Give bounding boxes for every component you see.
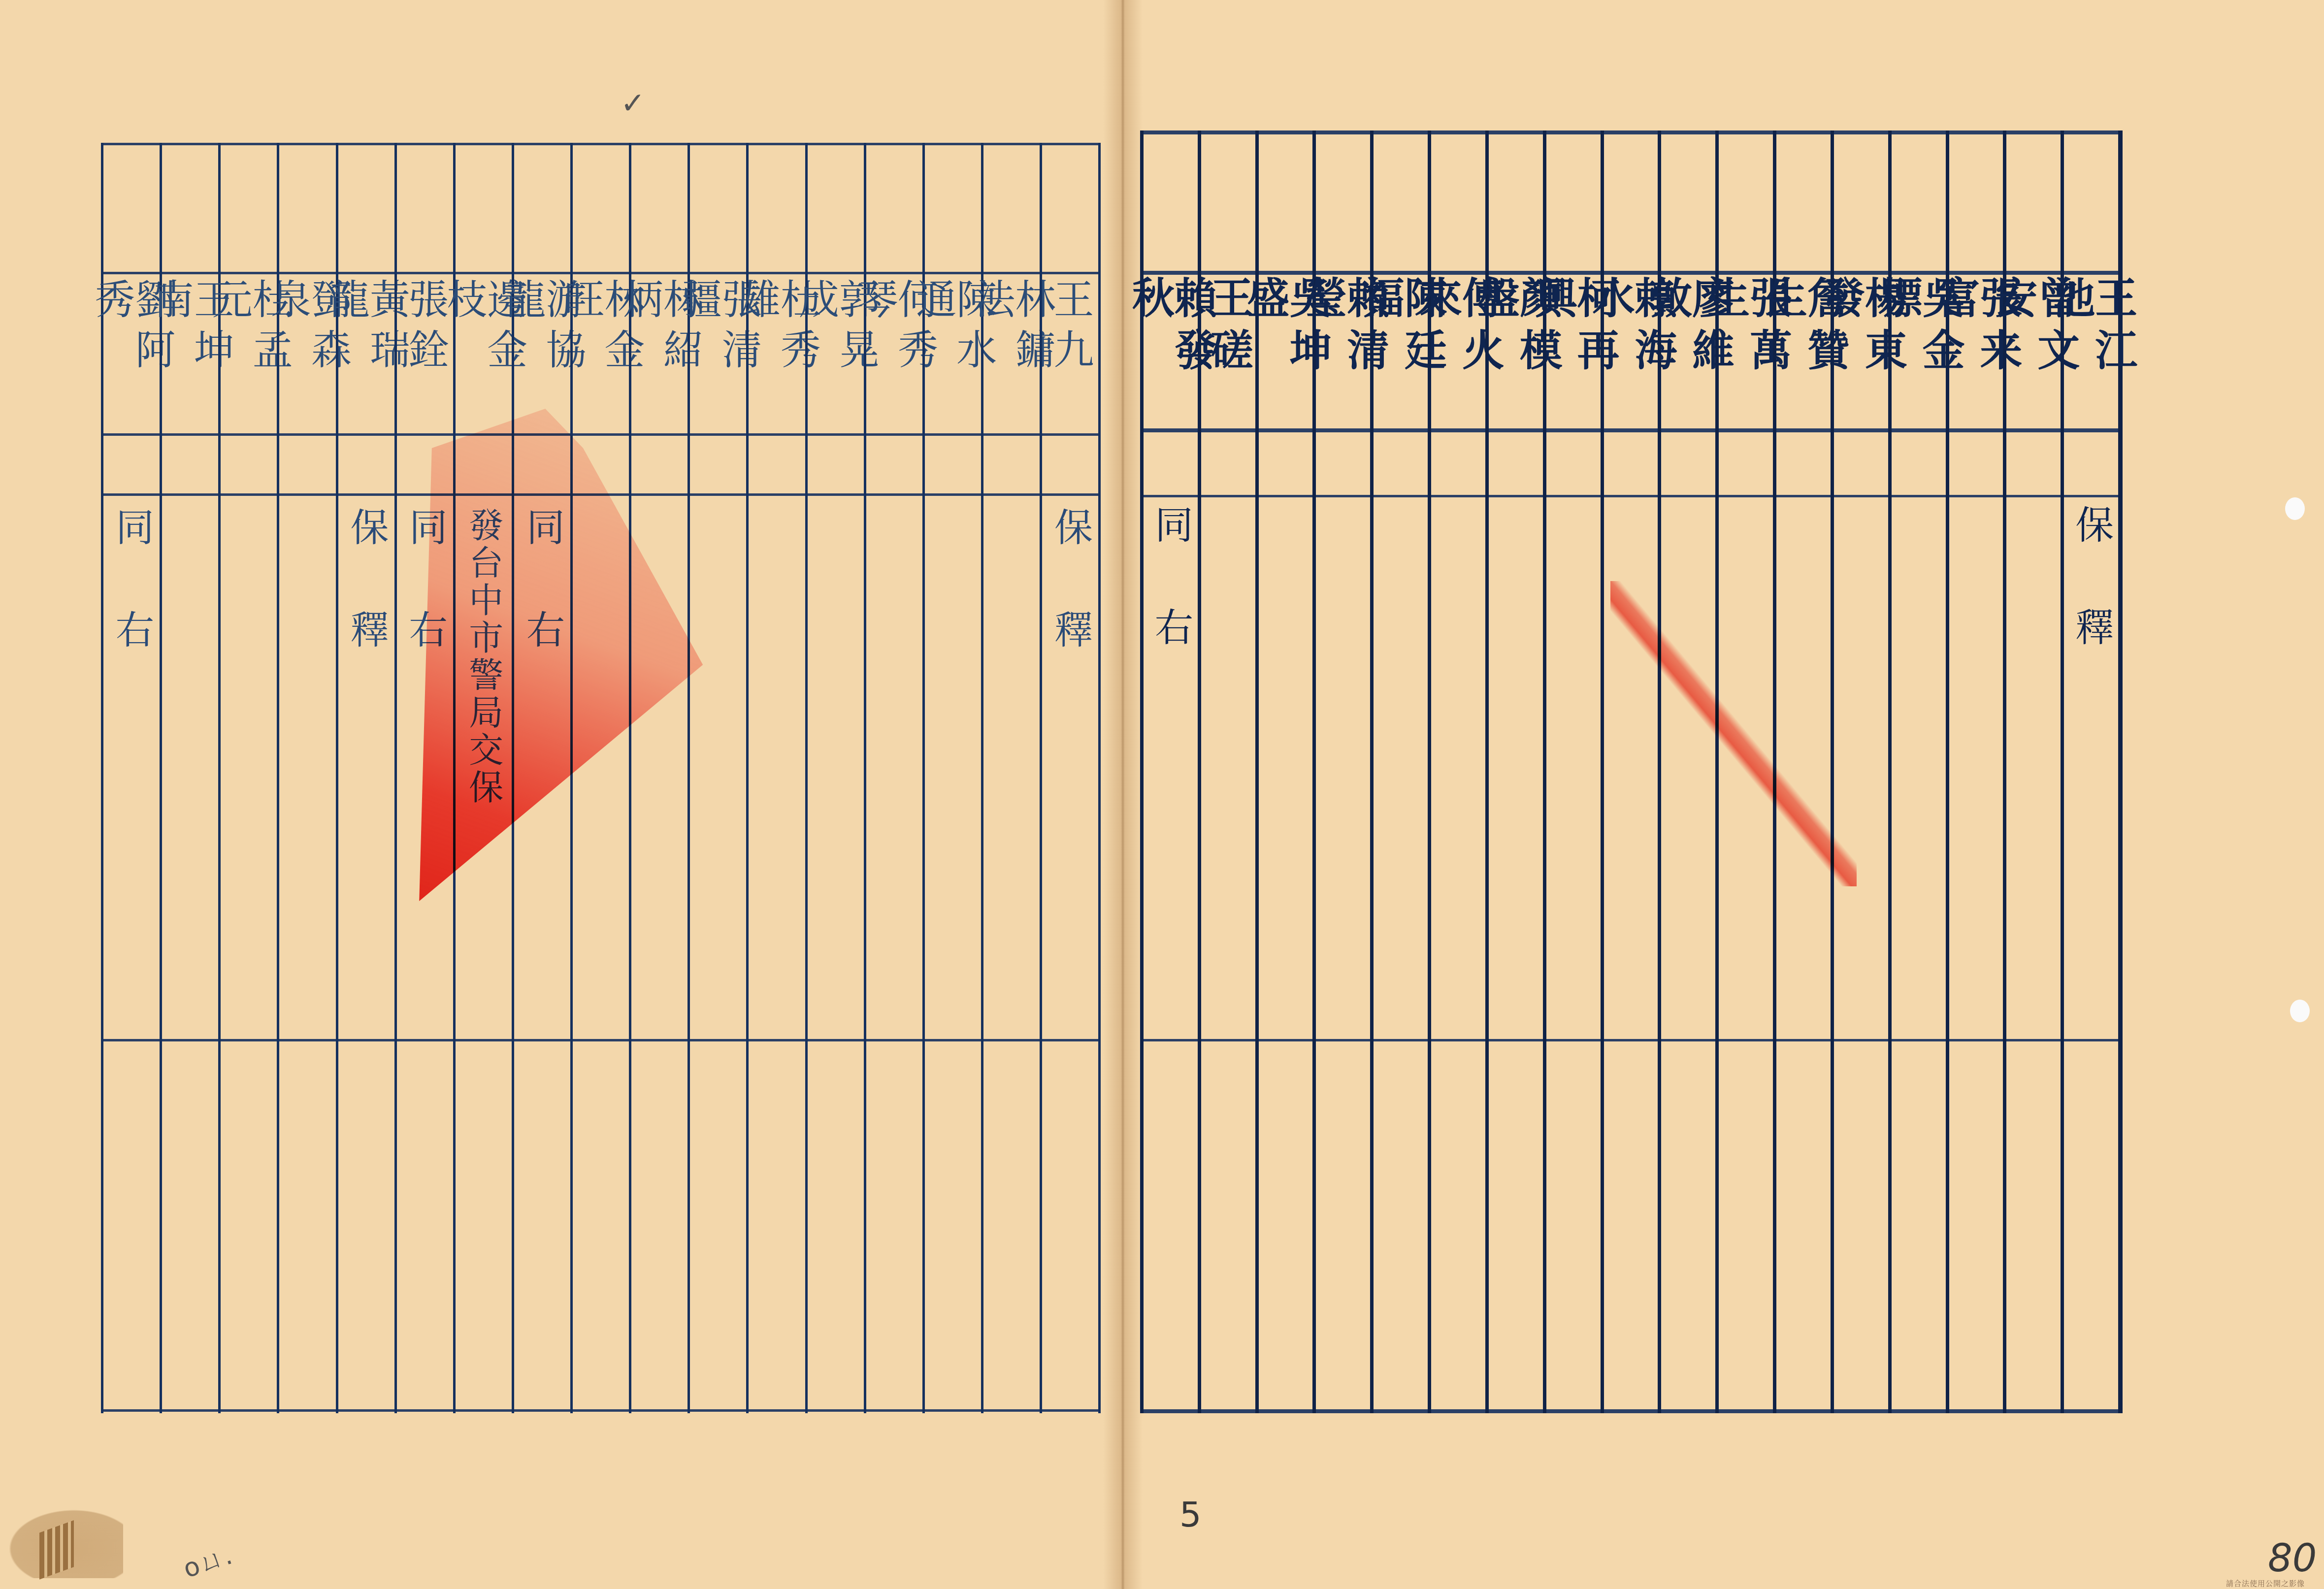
register-column: 黃瑞龍保釋 — [336, 143, 394, 1413]
left-register-table: 劉阿秀同右王坤南杜孟元鄧森泉黃瑞龍保釋張銓同右邊金枝發台中市警局交保游協龍同右林… — [101, 143, 1101, 1413]
remark-text: 保釋 — [2064, 505, 2118, 751]
remark-text — [1316, 505, 1370, 751]
red-seal-stamp-right — [1610, 581, 1857, 886]
remark-text — [1892, 505, 1946, 751]
remark-text — [221, 507, 277, 950]
pencil-checkmark: ✓ — [621, 86, 645, 121]
person-name: 林鏞法 — [983, 278, 1040, 426]
remark-text — [1201, 505, 1255, 751]
person-name: 王江池 — [2064, 276, 2118, 423]
remark-text — [1546, 505, 1601, 751]
remark-text: 同右 — [1144, 505, 1198, 751]
remark-text — [808, 507, 864, 950]
register-column: 林鏞法 — [981, 143, 1040, 1413]
remark-text — [1259, 505, 1313, 751]
remark-text — [690, 507, 746, 950]
left-columns: 劉阿秀同右王坤南杜孟元鄧森泉黃瑞龍保釋張銓同右邊金枝發台中市警局交保游協龍同右林… — [101, 143, 1101, 1413]
page-number: 5 — [1179, 1494, 1202, 1535]
remark-text — [279, 507, 335, 950]
paper-hole — [2290, 1000, 2310, 1022]
remark-text — [1949, 505, 2003, 751]
paper-hole — [2285, 497, 2305, 520]
usage-notice: 請合法使用公開之影像 — [2226, 1578, 2305, 1589]
person-name: 黃瑞龍 — [338, 278, 394, 426]
remark-text — [162, 507, 218, 950]
remark-text — [1489, 505, 1543, 751]
remark-text — [925, 507, 981, 950]
remark-text — [1431, 505, 1485, 751]
remark-text: 保釋 — [1042, 507, 1098, 950]
register-column: 王江池保釋 — [2061, 130, 2123, 1413]
remark-text: 同右 — [103, 507, 160, 950]
folio-number: 80 — [2268, 1536, 2317, 1581]
remark-text — [2006, 505, 2061, 751]
person-name: 賴發秋 — [1144, 276, 1198, 423]
remark-text — [749, 507, 805, 950]
remark-text: 保釋 — [338, 507, 394, 950]
archive-logo — [0, 1504, 123, 1578]
remark-text — [866, 507, 922, 950]
book-gutter — [1103, 0, 1143, 1589]
remark-text — [1374, 505, 1428, 751]
person-name: 王九 — [1042, 278, 1098, 426]
register-column: 王九保釋 — [1040, 143, 1101, 1413]
register-column: 賴發秋同右 — [1140, 130, 1198, 1413]
book-keyhole-logo-icon — [39, 1520, 74, 1579]
remark-text — [983, 507, 1040, 950]
